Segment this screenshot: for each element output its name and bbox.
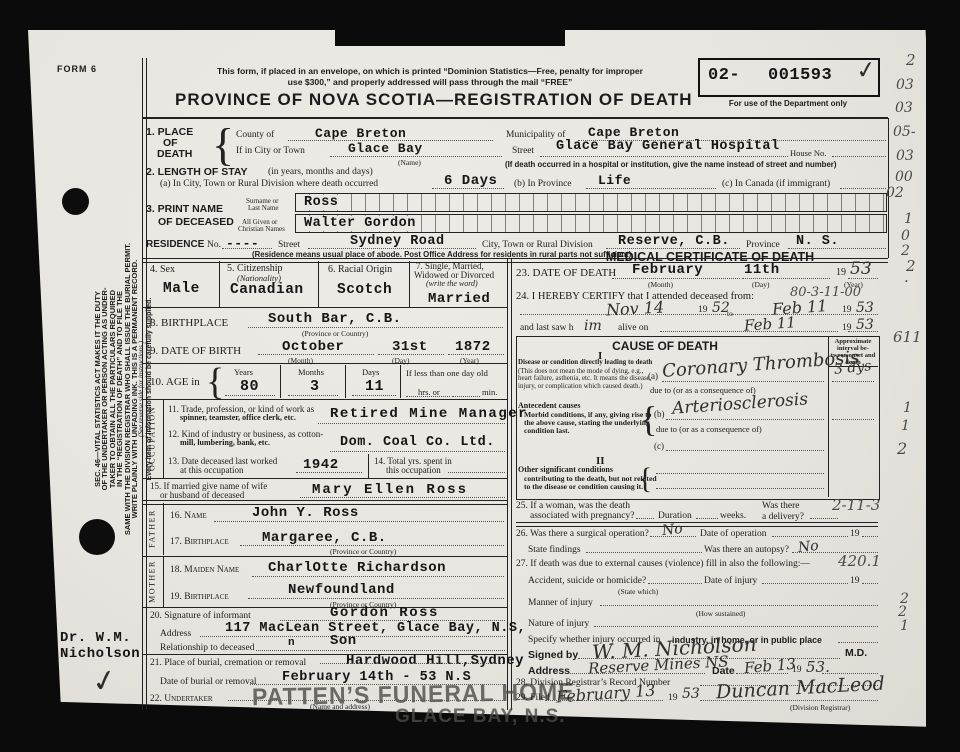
dotted-line <box>352 395 396 396</box>
filed-label: 29. Filed <box>516 693 550 703</box>
citizenship-value: Canadian <box>230 282 304 298</box>
cell-border <box>345 365 346 398</box>
dotted-line <box>700 700 878 701</box>
row-rule <box>143 363 508 364</box>
dotted-line <box>300 497 505 498</box>
row-rule <box>143 478 508 479</box>
marital-sublabel: (write the word) <box>426 279 478 288</box>
margin-code: 02 <box>886 185 904 201</box>
birthplace-value: South Bar, C.B. <box>268 311 402 327</box>
margin-code: 1 <box>901 418 910 434</box>
dotted-line <box>258 354 374 355</box>
dotted-line <box>662 381 824 382</box>
dod-day: 11th <box>744 262 780 278</box>
dob-year: 1872 <box>455 339 491 355</box>
occ12-value: Dom. Coal Co. Ltd. <box>340 435 495 450</box>
municipality-value: Cape Breton <box>588 125 679 140</box>
doctor-name-line1: Dr. W.M. <box>60 630 131 646</box>
signed-date-label: Date <box>712 665 735 677</box>
q25-delivery-label: a delivery? <box>762 512 804 522</box>
informant-stray-char: n <box>288 637 295 649</box>
antecedent-label: Antecedent causes <box>518 401 580 410</box>
q25-label-1: 25. If a woman, was the death <box>516 501 630 511</box>
vertical-rule <box>163 556 164 607</box>
scan-border-right <box>926 0 960 752</box>
occ12-label-2: mill, lumbering, bank, etc. <box>180 438 270 447</box>
margin-code: 1 <box>903 400 912 416</box>
undertaker-note: (Name and address) <box>310 702 370 711</box>
q27-label: 27. If death was due to external causes … <box>516 559 810 569</box>
dotted-line <box>762 583 848 584</box>
dod-month: February <box>632 262 703 278</box>
glace-bay-stamp: GLACE BAY, N.S. <box>395 706 566 728</box>
residence-prov-value: N. S. <box>796 234 839 249</box>
city-name-note: (Name) <box>398 158 421 167</box>
margin-code: 611 <box>893 328 922 346</box>
dotted-line <box>565 673 705 674</box>
envelope-note-2: use $300,” and properly addressed will p… <box>200 77 660 87</box>
section-divider <box>143 500 508 505</box>
dotted-line <box>606 248 740 249</box>
medical-cert-title: MEDICAL CERTIFICATE OF DEATH <box>560 250 860 264</box>
brace: { <box>212 118 234 171</box>
vertical-rule <box>163 400 164 478</box>
surname-comb-grid <box>295 193 887 212</box>
dotted-line <box>788 248 886 249</box>
dotted-line <box>862 536 878 537</box>
dotted-line <box>636 518 654 519</box>
signed-19: 19 <box>792 665 802 675</box>
q27-accident-label: Accident, suicide or homicide? <box>528 576 646 586</box>
q27-pencil-code: 420.1 <box>838 552 881 570</box>
dotted-line <box>308 248 476 249</box>
residence-prov-label: Province <box>746 240 780 250</box>
residence-no-label: No. <box>207 240 221 250</box>
street-value: Glace Bay General Hospital <box>556 139 780 154</box>
dotted-line <box>660 331 838 332</box>
dotted-line <box>240 545 504 546</box>
cell-border <box>280 365 281 398</box>
registrar-note: (Division Registrar) <box>790 703 850 712</box>
last-saw-label: and last saw h <box>520 323 574 333</box>
informant-rel-value: Son <box>330 633 357 649</box>
dotted-line <box>586 188 716 189</box>
father-name-label: 16. Name <box>170 511 207 521</box>
envelope-note-1: This form, if placed in an envelope, on … <box>200 66 660 76</box>
q25-pencil-code: 2-11-3 <box>832 496 880 514</box>
age-years-label: Years <box>234 367 253 377</box>
cause-due-2: due to (or as a consequence of) <box>656 424 762 434</box>
dotted-line <box>666 450 824 451</box>
stay-b-label: (b) In Province <box>514 179 572 189</box>
dotted-line <box>848 331 878 332</box>
punch-hole-top <box>62 188 89 215</box>
dotted-line <box>248 327 503 328</box>
birthplace-label: 8. BIRTHPLACE <box>150 317 228 329</box>
dotted-line <box>832 419 874 420</box>
cell-border <box>219 261 220 307</box>
filed-year: 53 <box>682 686 700 702</box>
dotted-line <box>840 188 886 189</box>
stay-b-value: Life <box>598 173 631 188</box>
sex-label: 4. Sex <box>150 264 175 275</box>
city-label: If in City or Town <box>236 146 305 156</box>
dob-month: October <box>282 339 344 355</box>
spouse-value: Mary Ellen Ross <box>312 482 468 498</box>
alive-on-label: alive on <box>618 323 648 333</box>
signed-by-label: Signed by <box>528 649 578 661</box>
dotted-line <box>320 663 505 664</box>
occ13-label-2: at this occupation <box>180 465 243 475</box>
row-rule <box>143 399 508 400</box>
dotted-line <box>600 605 878 606</box>
burial-place-value: Hardwood Hill,Sydney <box>346 653 524 669</box>
dotted-line <box>406 396 450 397</box>
age-months-label: Months <box>298 367 324 377</box>
column-divider <box>507 258 512 710</box>
mother-birthplace-label: 19. Birthplace <box>170 592 229 602</box>
residence-label: RESIDENCE <box>146 239 204 250</box>
undertaker-label: 22. Undertaker <box>150 694 213 704</box>
informant-sig-label: 20. Signature of informant <box>150 611 251 621</box>
marital-value: Married <box>428 291 490 307</box>
burial-place-label: 21. Place of burial, cremation or remova… <box>150 658 306 668</box>
surname-label-2: Last Name <box>248 204 279 212</box>
city-value: Glace Bay <box>348 141 423 156</box>
father-birthplace-note: (Province or Country) <box>330 547 396 556</box>
age-months-value: 3 <box>310 378 320 395</box>
dotted-line <box>612 278 740 279</box>
q26-autopsy-label: Was there an autopsy? <box>704 545 789 555</box>
dotted-line <box>666 419 824 420</box>
brace: { <box>206 360 224 404</box>
surname-value: Ross <box>304 195 338 210</box>
dotted-line <box>832 381 874 382</box>
street-label: Street <box>512 146 534 156</box>
dotted-line <box>540 156 788 157</box>
scanned-death-certificate: FORM 6 SEC. 46—VITAL STATISTICS ACT MAKE… <box>0 0 960 752</box>
informant-rel-label: Relationship to deceased <box>160 643 254 653</box>
age-less-label: If less than one day old <box>406 368 488 378</box>
cause-desc-1-note: (This does not mean the mode of dying, e… <box>518 368 656 390</box>
dotted-line <box>222 248 272 249</box>
given-label-2: Christian Names <box>238 225 285 233</box>
q26-autopsy-answer: No <box>797 538 819 556</box>
informant-addr-label: Address <box>160 629 191 639</box>
dotted-line <box>252 576 504 577</box>
informant-sig-value: Gordon Ross <box>330 605 439 621</box>
dotted-line <box>225 395 275 396</box>
dotted-line <box>832 156 886 157</box>
age-label: 10. AGE in <box>150 376 200 388</box>
dotted-line <box>448 472 505 473</box>
margin-code: 0 <box>901 228 910 244</box>
q25-weeks-label: weeks. <box>720 511 746 521</box>
brace: { <box>638 462 652 496</box>
brace: { <box>640 398 657 440</box>
attended-from-date: Nov 14 <box>606 297 665 319</box>
dotted-line <box>594 626 878 627</box>
cell-border <box>368 454 369 478</box>
dotted-line <box>545 700 663 701</box>
margin-code: 1 <box>900 618 909 634</box>
dotted-line <box>586 552 702 553</box>
dotted-line <box>330 156 502 157</box>
mother-birthplace-value: Newfoundland <box>288 582 395 598</box>
dotted-line <box>696 518 718 519</box>
cell-border <box>318 261 319 307</box>
q27-doi-label: Date of injury <box>704 576 757 586</box>
margin-code: 2 <box>906 51 916 69</box>
occ11-label-2: spinner, teamster, office clerk, etc. <box>180 413 296 422</box>
q27-statewhich-note: (State which) <box>618 587 658 596</box>
age-days-label: Days <box>362 367 379 377</box>
house-no-label: House No. <box>790 148 826 158</box>
cell-border <box>409 261 410 307</box>
dotted-line <box>448 354 504 355</box>
stay-a-label: (a) In City, Town or Rural Division wher… <box>160 179 378 189</box>
row-rule <box>143 307 508 308</box>
form-left-border <box>142 58 147 710</box>
margin-code: 00 <box>895 169 913 185</box>
form-number: FORM 6 <box>57 64 97 74</box>
father-vertical-label: FATHER <box>148 504 157 554</box>
margin-code: 1 <box>904 211 913 227</box>
dotted-line <box>862 583 878 584</box>
margin-code: . <box>904 268 909 286</box>
q25-wasthere-label: Was there <box>762 501 799 511</box>
racial-origin-value: Scotch <box>337 282 392 298</box>
q27-nature-label: Nature of injury <box>528 619 589 629</box>
q27-19: 19 <box>850 576 860 586</box>
serial-prefix: 02- <box>708 66 740 85</box>
mother-maiden-label: 18. Maiden Name <box>170 565 239 575</box>
burial-date-label: Date of burial or removal <box>160 677 257 687</box>
sex-value: Male <box>163 281 200 297</box>
age-years-value: 80 <box>240 378 259 395</box>
margin-code: 03 <box>896 77 914 93</box>
dod-year-hand: 53 <box>850 259 872 279</box>
dotted-line <box>650 536 696 537</box>
dod-19: 19 <box>836 267 846 278</box>
dotted-line <box>772 536 848 537</box>
dotted-line <box>736 673 788 674</box>
dotted-line <box>214 521 504 522</box>
sec2-label: 2. LENGTH OF STAY <box>146 166 248 178</box>
mother-maiden-value: CharlOtte Richardson <box>268 560 446 576</box>
q25-label-2: associated with pregnancy? <box>530 511 634 521</box>
occ13-value: 1942 <box>303 457 339 473</box>
signed-addr-label: Address <box>528 665 570 677</box>
antecedent-desc: Morbid conditions, if any, giving rise t… <box>524 411 652 435</box>
dotted-line <box>452 396 480 397</box>
scan-border-notch <box>335 0 565 46</box>
dob-day: 31st <box>392 339 428 355</box>
father-birthplace-label: 17. Birthplace <box>170 537 229 547</box>
vertical-rule <box>163 503 164 555</box>
md-label: M.D. <box>845 647 867 659</box>
dod-day-note: (Day) <box>752 280 770 289</box>
residence-city-label: City, Town or Rural Division <box>482 240 593 250</box>
form-title: PROVINCE OF NOVA SCOTIA—REGISTRATION OF … <box>175 90 655 110</box>
residence-street-value: Sydney Road <box>350 234 445 249</box>
margin-code: 2 <box>897 439 907 458</box>
informant-addr-value: 117 MacLean Street, Glace Bay, N.S, <box>225 621 526 636</box>
county-label: County of <box>236 130 274 140</box>
margin-code: 03 <box>896 148 914 164</box>
hospital-note: (If death occurred in a hospital or inst… <box>505 160 836 169</box>
dotted-line <box>810 518 838 519</box>
dotted-line <box>520 314 878 315</box>
dotted-line <box>228 700 505 701</box>
checkmark: ✓ <box>854 55 878 86</box>
dotted-line <box>838 642 878 643</box>
dotted-line <box>318 423 505 424</box>
birthplace-note: (Province or Country) <box>302 329 368 338</box>
occ14-label-2: this occupation <box>386 465 441 475</box>
dotted-line <box>256 650 505 651</box>
father-name-value: John Y. Ross <box>252 505 359 521</box>
dod-month-note: (Month) <box>648 280 673 289</box>
sec3-label: 3. PRINT NAME <box>146 203 223 215</box>
dotted-line <box>288 395 338 396</box>
cell-border <box>400 365 401 398</box>
filed-19: 19 <box>668 693 678 703</box>
q26-label: 26. Was there a surgical operation? <box>516 529 649 539</box>
row-rule <box>143 556 508 557</box>
racial-origin-label: 6. Racial Origin <box>328 264 392 275</box>
section-divider <box>516 522 878 527</box>
mother-vertical-label: MOTHER <box>148 557 157 607</box>
dotted-line <box>848 278 878 279</box>
age-days-value: 11 <box>365 378 384 395</box>
dob-label: 9. DATE OF BIRTH <box>150 345 241 357</box>
dotted-line <box>656 488 824 489</box>
q26-findings-label: State findings <box>528 545 581 555</box>
margin-code: 03 <box>895 100 913 116</box>
sec3-label-2: OF DECEASED <box>158 216 234 228</box>
spouse-label-2: or husband of deceased <box>160 490 244 500</box>
serial-number: 001593 <box>768 66 832 85</box>
q26-date-label: Date of operation <box>700 529 766 539</box>
q26-19: 19 <box>850 529 860 539</box>
cause-title: CAUSE OF DEATH <box>560 339 770 353</box>
q27-how-note: (How sustained) <box>696 609 745 618</box>
occ11-value: Retired Mine Manager <box>330 406 528 422</box>
dotted-line <box>248 598 504 599</box>
cause-desc-1: Disease or condition directly leading to… <box>518 359 658 367</box>
row-rule <box>143 607 508 608</box>
doctor-name-line2: Nicholson <box>60 646 140 662</box>
residence-city-value: Reserve, C.B. <box>618 234 730 249</box>
dotted-line <box>656 473 824 474</box>
sec2-label-2: (in years, months and days) <box>268 167 373 177</box>
margin-code: 05- <box>893 124 916 140</box>
stay-c-label: (c) In Canada (if immigrant) <box>722 179 830 189</box>
other-conditions-label: Other significant conditions <box>518 465 613 474</box>
dotted-line <box>648 583 702 584</box>
cause-c-label: (c) <box>654 441 664 451</box>
given-name-value: Walter Gordon <box>304 216 416 231</box>
father-birthplace-value: Margaree, C.B. <box>262 530 387 546</box>
residence-street-label: Street <box>278 240 300 250</box>
sec1-label-3: DEATH <box>157 148 192 160</box>
dotted-line <box>742 278 830 279</box>
county-value: Cape Breton <box>315 126 406 141</box>
last-saw-fill: im <box>584 318 602 334</box>
dept-use-note: For use of the Department only <box>700 99 876 108</box>
occupation-vertical-label: OCCUPATION <box>148 401 157 477</box>
dotted-line <box>330 451 505 452</box>
dod-label: 23. DATE OF DEATH <box>516 267 616 279</box>
header-rule <box>143 117 888 119</box>
q27-manner-label: Manner of injury <box>528 598 593 608</box>
stay-a-value: 6 Days <box>444 173 497 189</box>
age-min-label: min. <box>482 387 497 397</box>
cause-a-label: (a) <box>648 371 658 381</box>
dotted-line <box>432 188 504 189</box>
dotted-line <box>296 472 362 473</box>
cause-b-label: (b) <box>654 409 665 419</box>
dotted-line <box>378 354 444 355</box>
q25-duration-label: Duration <box>658 511 692 521</box>
